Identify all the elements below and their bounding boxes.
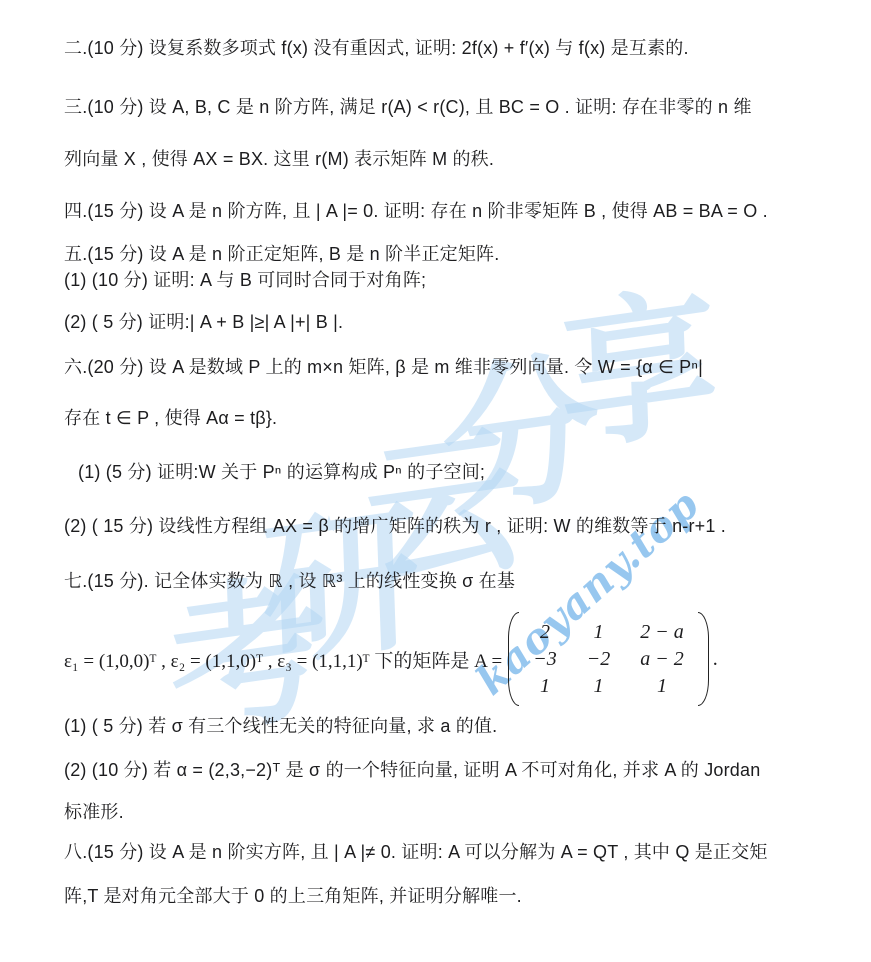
matrix-grid: 2 1 2 − a −3 −2 a − 2 1 1 1 xyxy=(519,612,698,706)
problem-3-line-2: 列向量 X , 使得 AX = BX. 这里 r(M) 表示矩阵 M 的秩. xyxy=(64,147,845,171)
matrix-equation-period: . xyxy=(713,648,718,671)
problem-2-line: 二.(10 分) 设复系数多项式 f(x) 没有重因式, 证明: 2f(x) +… xyxy=(64,36,845,60)
problem-6-part-1: (1) (5 分) 证明:W 关于 Pⁿ 的运算构成 Pⁿ 的子空间; xyxy=(78,460,845,484)
problem-8-line-2: 阵,T 是对角元全部大于 0 的上三角矩阵, 并证明分解唯一. xyxy=(64,884,845,908)
matrix-cell: 2 − a xyxy=(640,622,684,642)
matrix: 2 1 2 − a −3 −2 a − 2 1 1 1 xyxy=(508,612,709,706)
problem-5-part-1: (1) (10 分) 证明: A 与 B 可同时合同于对角阵; xyxy=(64,268,845,292)
matrix-cell: −2 xyxy=(587,649,611,669)
matrix-cell: 1 xyxy=(587,622,611,642)
problem-8-line-1: 八.(15 分) 设 A 是 n 阶实方阵, 且 | A |≠ 0. 证明: A… xyxy=(64,840,845,864)
document-text-layer: 二.(10 分) 设复系数多项式 f(x) 没有重因式, 证明: 2f(x) +… xyxy=(0,0,871,962)
matrix-equation-lhs: ε₁ = (1,0,0)ᵀ , ε₂ = (1,1,0)ᵀ , ε₃ = (1,… xyxy=(64,646,502,673)
problem-7-part-1: (1) ( 5 分) 若 σ 有三个线性无关的特征向量, 求 a 的值. xyxy=(64,714,845,738)
problem-6-line-2: 存在 t ∈ P , 使得 Aα = tβ}. xyxy=(64,406,845,430)
matrix-cell: a − 2 xyxy=(640,649,684,669)
matrix-cell: 1 xyxy=(640,676,684,696)
matrix-right-paren xyxy=(698,612,709,706)
problem-7-intro: 七.(15 分). 记全体实数为 ℝ , 设 ℝ³ 上的线性变换 σ 在基 xyxy=(64,569,845,593)
problem-3-line-1: 三.(10 分) 设 A, B, C 是 n 阶方阵, 满足 r(A) < r(… xyxy=(64,95,845,119)
matrix-cell: 1 xyxy=(533,676,557,696)
matrix-cell: −3 xyxy=(533,649,557,669)
problem-7-matrix-equation: ε₁ = (1,0,0)ᵀ , ε₂ = (1,1,0)ᵀ , ε₃ = (1,… xyxy=(64,612,718,706)
matrix-cell: 2 xyxy=(533,622,557,642)
matrix-left-paren xyxy=(508,612,519,706)
problem-7-part-2-line-2: 标准形. xyxy=(64,800,845,824)
matrix-cell: 1 xyxy=(587,676,611,696)
problem-5-intro: 五.(15 分) 设 A 是 n 阶正定矩阵, B 是 n 阶半正定矩阵. xyxy=(64,242,845,266)
problem-6-part-2: (2) ( 15 分) 设线性方程组 AX = β 的增广矩阵的秩为 r , 证… xyxy=(64,514,845,538)
problem-7-part-2-line-1: (2) (10 分) 若 α = (2,3,−2)ᵀ 是 σ 的一个特征向量, … xyxy=(64,758,845,782)
exam-document-page: 考 研 云 分 享 kaoyany.top 二.(10 分) 设复系数多项式 f… xyxy=(0,0,871,962)
problem-5-part-2: (2) ( 5 分) 证明:| A + B |≥| A |+| B |. xyxy=(64,310,845,334)
problem-6-line-1: 六.(20 分) 设 A 是数域 P 上的 m×n 矩阵, β 是 m 维非零列… xyxy=(64,355,845,379)
problem-4-line: 四.(15 分) 设 A 是 n 阶方阵, 且 | A |= 0. 证明: 存在… xyxy=(64,199,845,223)
